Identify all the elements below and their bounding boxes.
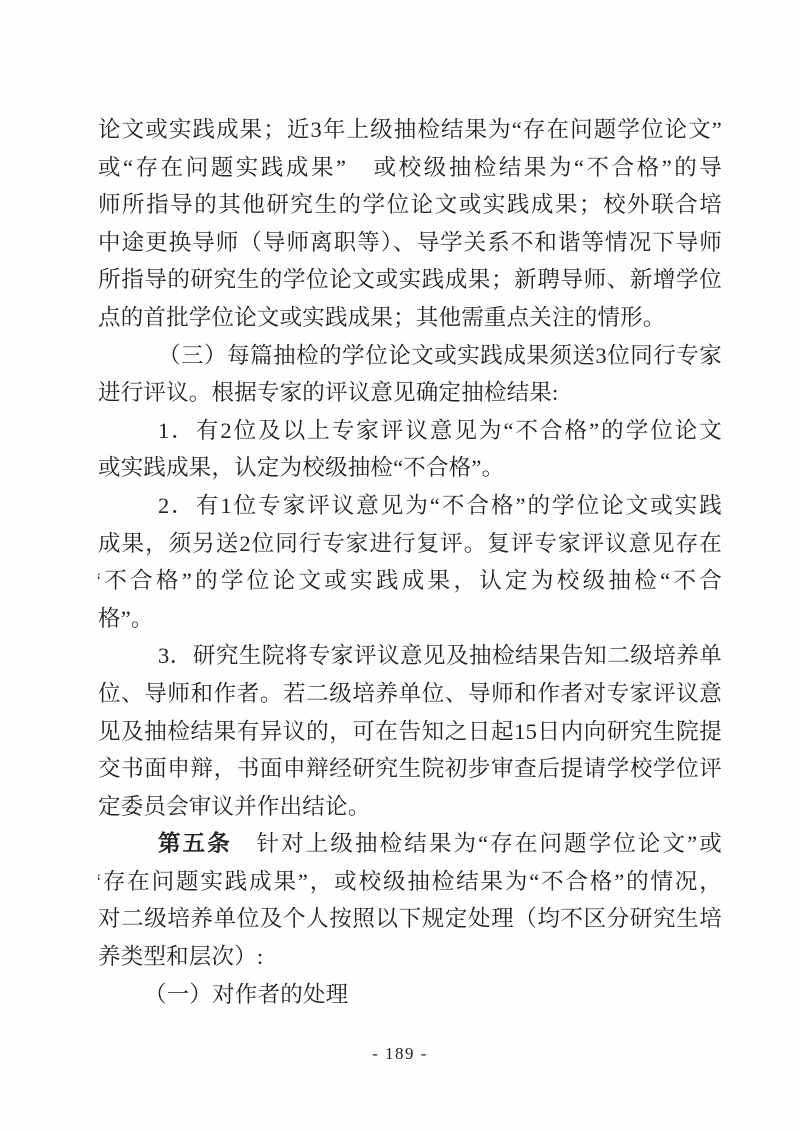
text-line: 中途更换导师（导师离职等）、导学关系不和谐等情况下导师: [98, 224, 722, 262]
text-line: 交书面申辩，书面申辩经研究生院初步审查后提请学校学位评: [98, 750, 722, 788]
text-line: 论文或实践成果；近3年上级抽检结果为“存在问题学位论文”: [98, 111, 722, 149]
body-text: 论文或实践成果；近3年上级抽检结果为“存在问题学位论文” 或“存在问题实践成果”…: [98, 111, 722, 1013]
text-line-subsection-1: （一）对作者的处理: [98, 976, 722, 1014]
text-line: 点的首批学位论文或实践成果；其他需重点关注的情形。: [98, 299, 722, 337]
text-line: 位、导师和作者。若二级培养单位、导师和作者对专家评议意: [98, 675, 722, 713]
text-line: 师所指导的其他研究生的学位论文或实践成果；校外联合培养、: [98, 186, 722, 224]
text-line: 对二级培养单位及个人按照以下规定处理（均不区分研究生培: [98, 900, 722, 938]
article-number: 第五条: [158, 831, 232, 856]
text-line: 养类型和层次）:: [98, 938, 722, 976]
text-line-article-5: 第五条 针对上级抽检结果为“存在问题学位论文”或: [98, 825, 722, 863]
text-line: “存在问题实践成果”，或校级抽检结果为“不合格”的情况，: [98, 863, 722, 901]
text-line-section-3: （三）每篇抽检的学位论文或实践成果须送3位同行专家: [98, 337, 722, 375]
document-page: 论文或实践成果；近3年上级抽检结果为“存在问题学位论文” 或“存在问题实践成果”…: [0, 0, 800, 1131]
page-number: - 189 -: [0, 1044, 800, 1064]
text-line-item-3: 3．研究生院将专家评议意见及抽检结果告知二级培养单: [98, 637, 722, 675]
text-line: 格”。: [98, 600, 722, 638]
text-line: 定委员会审议并作出结论。: [98, 788, 722, 826]
text-line: 所指导的研究生的学位论文或实践成果；新聘导师、新增学位: [98, 261, 722, 299]
text-line: 进行评议。根据专家的评议意见确定抽检结果:: [98, 374, 722, 412]
text-line-item-2: 2．有1位专家评议意见为“不合格”的学位论文或实践: [98, 487, 722, 525]
text-line: 见及抽检结果有异议的，可在告知之日起15日内向研究生院提: [98, 713, 722, 751]
text-line: “不合格”的学位论文或实践成果，认定为校级抽检“不合: [98, 562, 722, 600]
text-line: 或“存在问题实践成果” 或校级抽检结果为“不合格”的导: [98, 149, 722, 187]
text-run: 针对上级抽检结果为“存在问题学位论文”或: [232, 831, 722, 856]
text-line: 成果，须另送2位同行专家进行复评。复评专家评议意见存在: [98, 525, 722, 563]
text-line: 或实践成果，认定为校级抽检“不合格”。: [98, 449, 722, 487]
text-line-item-1: 1．有2位及以上专家评议意见为“不合格”的学位论文: [98, 412, 722, 450]
